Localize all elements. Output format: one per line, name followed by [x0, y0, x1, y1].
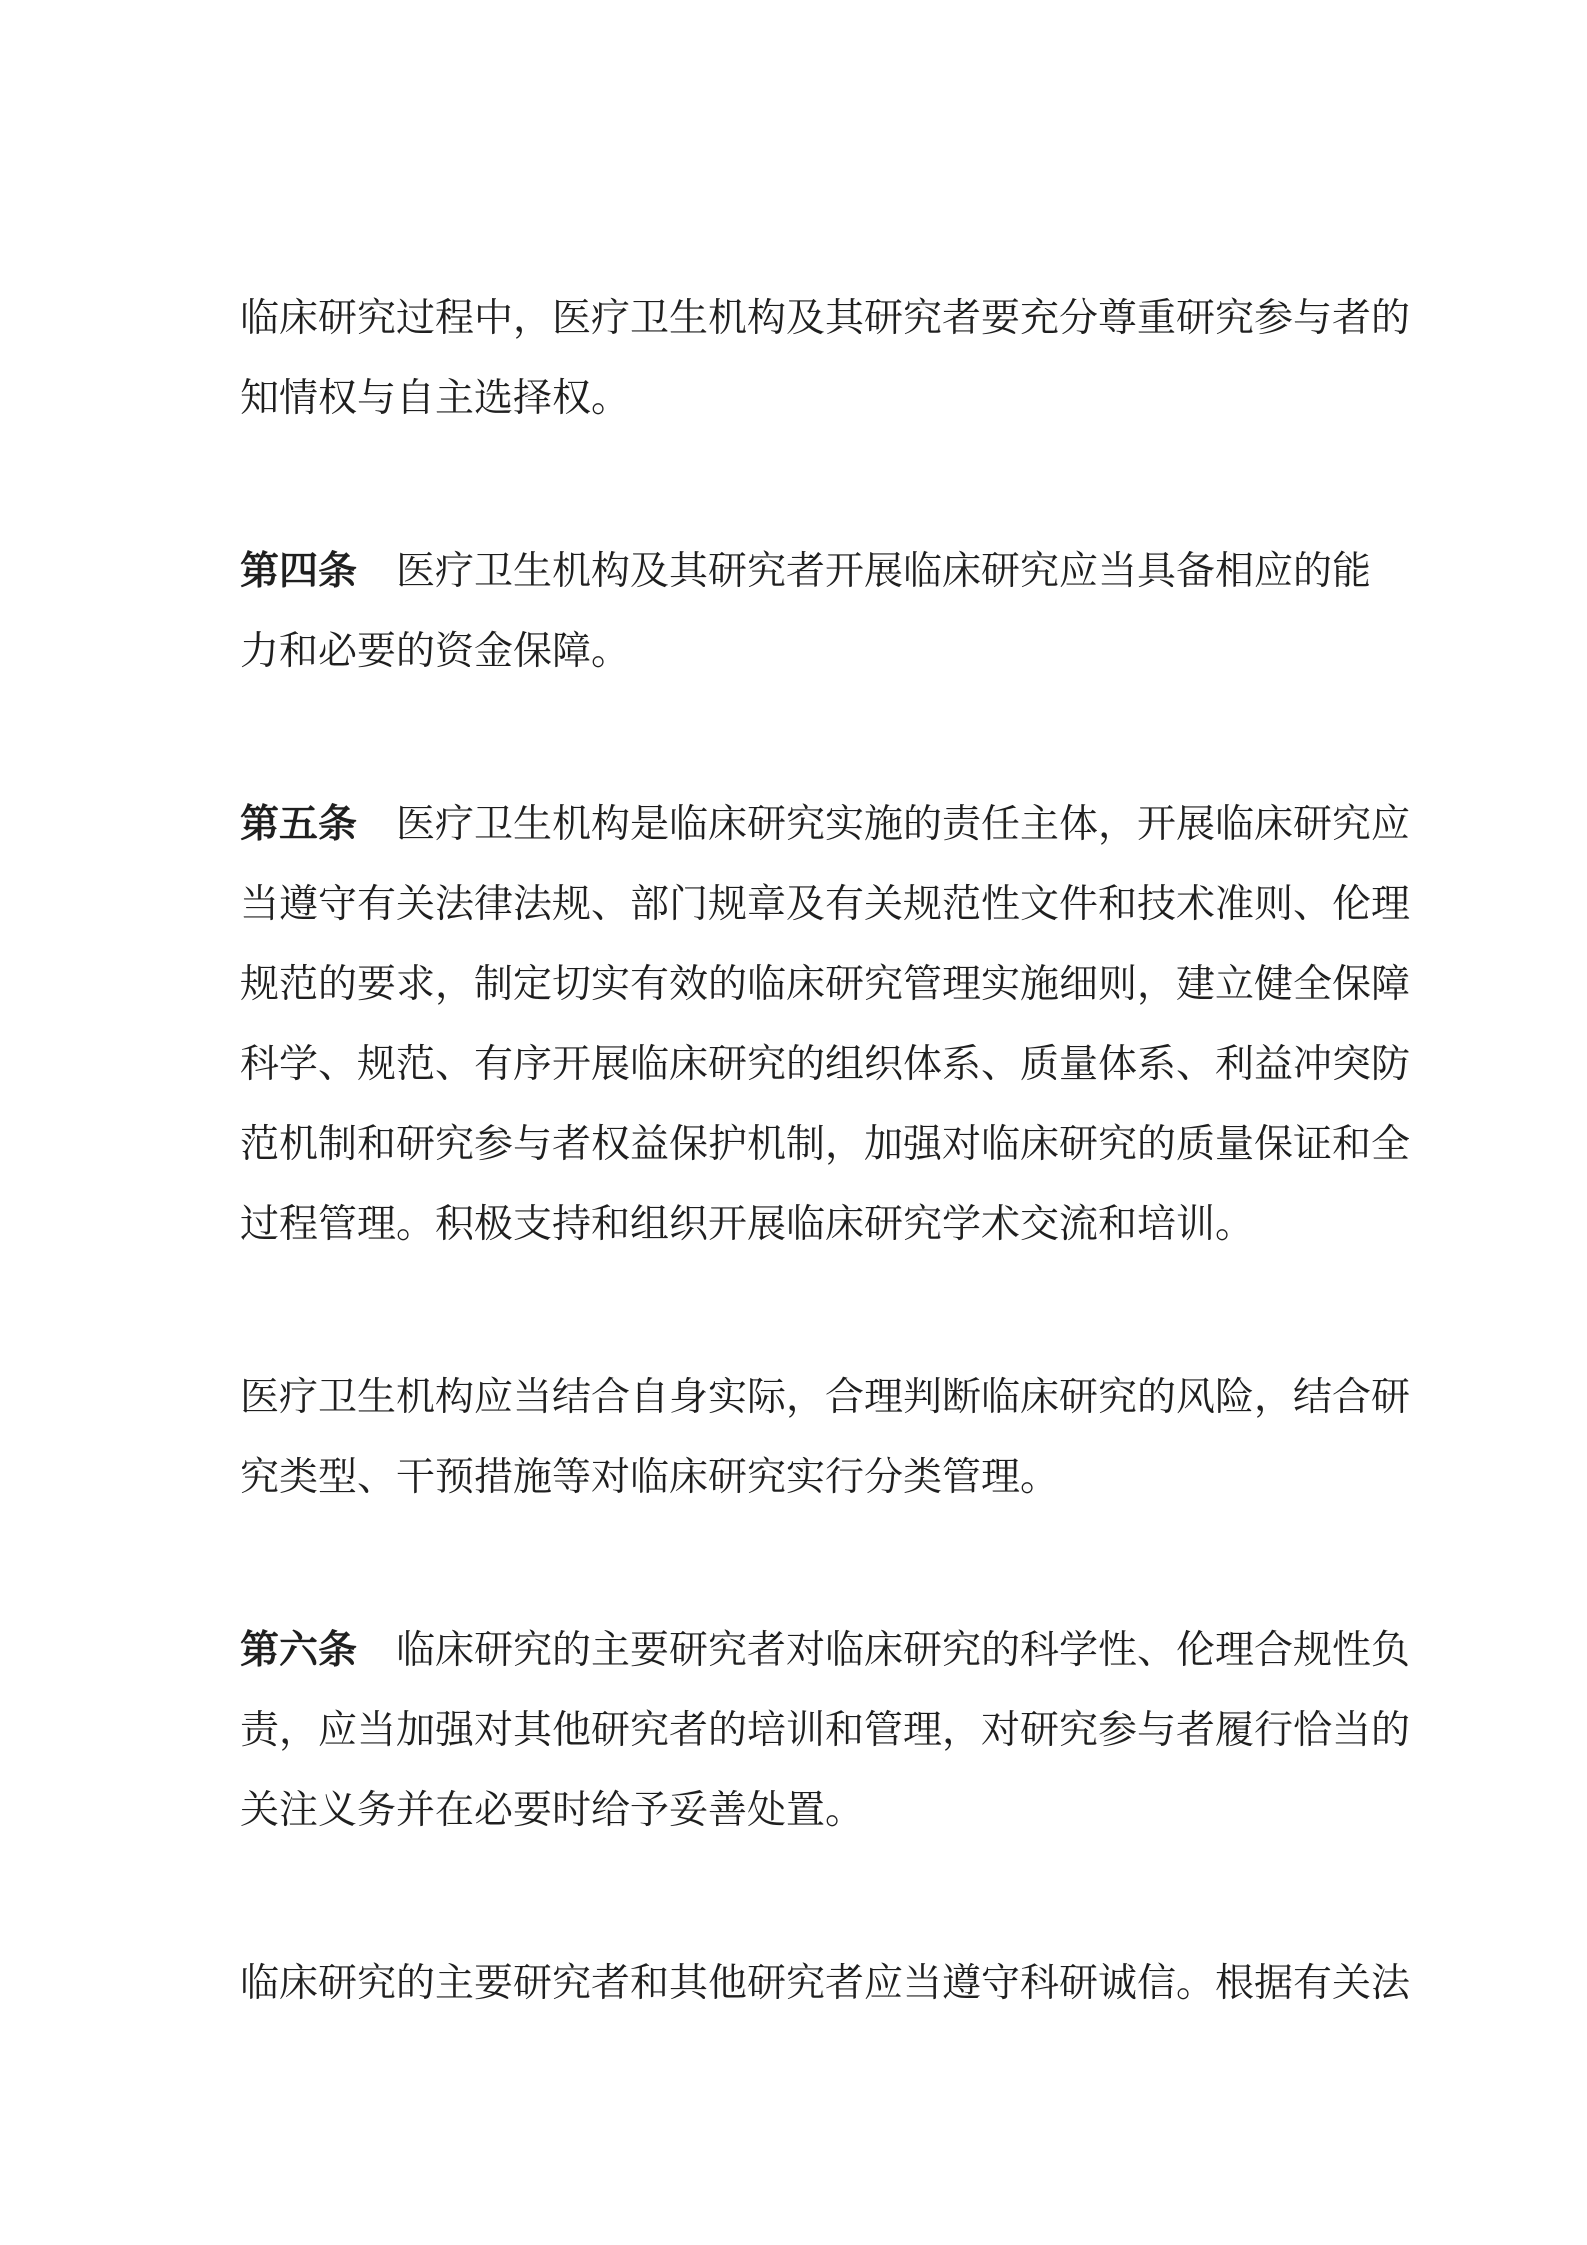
text-line: 责，应当加强对其他研究者的培训和管理，对研究参与者履行恰当的 [240, 1691, 1425, 1771]
document-page: 临床研究过程中，医疗卫生机构及其研究者要充分尊重研究参与者的知情权与自主选择权。… [0, 0, 1587, 2245]
text-line: 关注义务并在必要时给予妥善处置。 [240, 1771, 1425, 1851]
text-line: 规范的要求，制定切实有效的临床研究管理实施细则，建立健全保障 [240, 945, 1425, 1025]
text-line: 第六条 临床研究的主要研究者对临床研究的科学性、伦理合规性负 [240, 1611, 1425, 1691]
text-line: 第四条 医疗卫生机构及其研究者开展临床研究应当具备相应的能 [240, 532, 1425, 612]
text-line: 究类型、干预措施等对临床研究实行分类管理。 [240, 1438, 1425, 1518]
text-line: 范机制和研究参与者权益保护机制，加强对临床研究的质量保证和全 [240, 1105, 1425, 1185]
text-line: 科学、规范、有序开展临床研究的组织体系、质量体系、利益冲突防 [240, 1025, 1425, 1105]
text-line: 临床研究的主要研究者和其他研究者应当遵守科研诚信。根据有关法 [240, 1944, 1425, 2024]
text-line: 医疗卫生机构应当结合自身实际，合理判断临床研究的风险，结合研 [240, 1358, 1425, 1438]
paragraph: 第四条 医疗卫生机构及其研究者开展临床研究应当具备相应的能力和必要的资金保障。 [240, 532, 1425, 692]
paragraph: 临床研究过程中，医疗卫生机构及其研究者要充分尊重研究参与者的知情权与自主选择权。 [240, 279, 1425, 439]
text-line: 知情权与自主选择权。 [240, 359, 1425, 439]
paragraph: 第六条 临床研究的主要研究者对临床研究的科学性、伦理合规性负责，应当加强对其他研… [240, 1611, 1425, 1851]
paragraph: 医疗卫生机构应当结合自身实际，合理判断临床研究的风险，结合研究类型、干预措施等对… [240, 1358, 1425, 1518]
text-line: 当遵守有关法律法规、部门规章及有关规范性文件和技术准则、伦理 [240, 865, 1425, 945]
document-text: 临床研究过程中，医疗卫生机构及其研究者要充分尊重研究参与者的知情权与自主选择权。… [240, 279, 1425, 2024]
article-number: 第五条 [240, 803, 357, 846]
text-line: 力和必要的资金保障。 [240, 612, 1425, 692]
article-number: 第六条 [240, 1629, 357, 1672]
text-line: 临床研究过程中，医疗卫生机构及其研究者要充分尊重研究参与者的 [240, 279, 1425, 359]
article-number: 第四条 [240, 550, 357, 593]
paragraph: 临床研究的主要研究者和其他研究者应当遵守科研诚信。根据有关法 [240, 1944, 1425, 2024]
text-line: 过程管理。积极支持和组织开展临床研究学术交流和培训。 [240, 1185, 1425, 1265]
paragraph: 第五条 医疗卫生机构是临床研究实施的责任主体，开展临床研究应当遵守有关法律法规、… [240, 785, 1425, 1265]
text-line: 第五条 医疗卫生机构是临床研究实施的责任主体，开展临床研究应 [240, 785, 1425, 865]
